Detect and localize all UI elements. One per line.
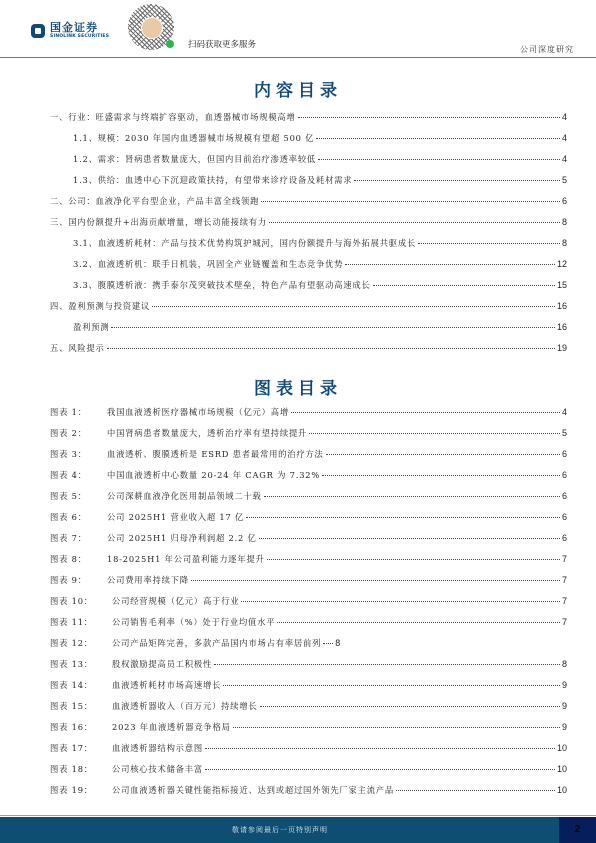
toc-entry-page: 15: [557, 280, 567, 290]
figure-entry-label: 血液透析、腹膜透析是 ESRD 患者最常用的治疗方法: [107, 448, 324, 460]
figure-entry[interactable]: 图表 9：公司费用率持续下降7: [50, 574, 567, 595]
figure-entry-label: 公司 2025H1 归母净利润超 2.2 亿: [107, 532, 257, 544]
dot-leader: [233, 727, 560, 728]
contents-list: 一、行业：旺盛需求与终端扩容驱动，血透器械市场规模高增41.1、规模：2030 …: [50, 111, 567, 363]
dot-leader: [318, 159, 560, 160]
toc-entry-label: 1.2、需求：肾病患者数量庞大，但国内目前治疗渗透率较低: [73, 153, 316, 165]
logo-english-name: SINOLINK SECURITIES: [50, 35, 109, 40]
figure-entry[interactable]: 图表 18：公司核心技术储备丰富10: [50, 763, 567, 784]
toc-entry-page: 16: [557, 322, 567, 332]
dot-leader: [269, 222, 560, 223]
toc-entry[interactable]: 三、国内份额提升+出海贡献增量，增长动能接续有力8: [50, 216, 567, 237]
toc-entry[interactable]: 3.3、腹膜透析液：携手泰尔茂突破技术壁垒，特色产品有望驱动高速成长15: [50, 279, 567, 300]
figure-entry[interactable]: 图表 11：公司销售毛利率（%）处于行业均值水平7: [50, 616, 567, 637]
figure-entry-label: 公司产品矩阵完善，多款产品国内市场占有率居前列: [112, 637, 321, 649]
company-logo: 国金证券 SINOLINK SECURITIES: [31, 22, 109, 40]
dot-leader: [111, 327, 555, 328]
toc-entry[interactable]: 二、公司：血液净化平台型企业，产品丰富全线领跑6: [50, 195, 567, 216]
dot-leader: [261, 201, 560, 202]
figure-entry-page: 7: [562, 554, 567, 564]
figure-entry-label: 公司 2025H1 营业收入超 17 亿: [107, 511, 244, 523]
toc-entry[interactable]: 五、风险提示19: [50, 342, 567, 363]
toc-entry-label: 五、风险提示: [50, 342, 105, 354]
figures-title: 图表目录: [0, 374, 596, 399]
qr-caption: 扫码获取更多服务: [188, 38, 256, 50]
header-divider: [0, 57, 596, 58]
figure-entry-label: 中国肾病患者数量庞大，透析治疗率有望持续提升: [107, 427, 307, 439]
dot-leader: [323, 643, 333, 644]
dot-leader: [345, 264, 555, 265]
toc-entry-page: 19: [557, 343, 567, 353]
toc-entry-label: 3.3、腹膜透析液：携手泰尔茂突破技术壁垒，特色产品有望驱动高速成长: [73, 279, 371, 291]
figure-entry[interactable]: 图表 4：中国血液透析中心数量 20-24 年 CAGR 为 7.32%6: [50, 469, 567, 490]
qr-center-logo-icon: [141, 17, 163, 39]
figure-entry-page: 10: [557, 743, 567, 753]
figure-entry-label: 公司经营规模（亿元）高于行业: [112, 595, 239, 607]
dot-leader: [205, 769, 555, 770]
toc-entry-label: 1.3、供给：血透中心下沉迎政策扶持，有望带来诊疗设备及耗材需求: [73, 174, 352, 186]
dot-leader: [298, 117, 560, 118]
figure-entry-page: 6: [562, 533, 567, 543]
figure-entry[interactable]: 图表 12：公司产品矩阵完善，多款产品国内市场占有率居前列8: [50, 637, 567, 658]
toc-entry-page: 4: [562, 133, 567, 143]
figure-entry[interactable]: 图表 16：2023 年血液透析器竞争格局9: [50, 721, 567, 742]
figure-entry[interactable]: 图表 19：公司血液透析器关键性能指标接近、达到或超过国外领先厂家主流产品10: [50, 784, 567, 805]
page-number: 2: [559, 817, 596, 843]
figure-number: 图表 16：: [50, 721, 112, 733]
toc-entry-label: 二、公司：血液净化平台型企业，产品丰富全线领跑: [50, 195, 259, 207]
figure-entry[interactable]: 图表 15：血液透析器收入（百万元）持续增长9: [50, 700, 567, 721]
dot-leader: [277, 622, 560, 623]
figure-entry[interactable]: 图表 2：中国肾病患者数量庞大，透析治疗率有望持续提升5: [50, 427, 567, 448]
dot-leader: [264, 496, 560, 497]
dot-leader: [396, 790, 555, 791]
figure-entry[interactable]: 图表 5：公司深耕血液净化医用制品领域二十载6: [50, 490, 567, 511]
figure-entry-label: 血液透析器结构示意图: [112, 742, 203, 754]
figure-number: 图表 15：: [50, 700, 112, 712]
wechat-badge-icon: [166, 40, 174, 48]
toc-entry-label: 盈利预测: [73, 321, 109, 333]
dot-leader: [260, 706, 560, 707]
toc-entry-page: 4: [562, 154, 567, 164]
logo-mark-icon: [31, 24, 45, 38]
dot-leader: [107, 348, 555, 349]
dot-leader: [309, 433, 560, 434]
toc-entry[interactable]: 盈利预测16: [50, 321, 567, 342]
dot-leader: [191, 580, 560, 581]
toc-entry[interactable]: 1.1、规模：2030 年国内血透器械市场规模有望超 500 亿4: [50, 132, 567, 153]
toc-entry-label: 3.2、血液透析机：联手日机装，巩固全产业链覆盖和生态竞争优势: [73, 258, 343, 270]
figure-number: 图表 12：: [50, 637, 112, 649]
toc-entry-label: 四、盈利预测与投资建议: [50, 300, 150, 312]
figure-entry[interactable]: 图表 6：公司 2025H1 营业收入超 17 亿6: [50, 511, 567, 532]
dot-leader: [246, 517, 560, 518]
figure-entry-page: 7: [562, 617, 567, 627]
contents-title: 内容目录: [0, 76, 596, 101]
figure-number: 图表 14：: [50, 679, 112, 691]
dot-leader: [316, 138, 560, 139]
figure-entry-label: 公司核心技术储备丰富: [112, 763, 203, 775]
dot-leader: [223, 685, 560, 686]
toc-entry-page: 4: [562, 112, 567, 122]
figure-entry-page: 8: [562, 659, 567, 669]
figure-entry-page: 6: [562, 491, 567, 501]
toc-entry-page: 8: [562, 217, 567, 227]
figure-number: 图表 5：: [50, 490, 107, 502]
figure-number: 图表 19：: [50, 784, 112, 796]
figure-entry-label: 公司血液透析器关键性能指标接近、达到或超过国外领先厂家主流产品: [112, 784, 394, 796]
figure-entry-page: 10: [557, 764, 567, 774]
toc-entry[interactable]: 一、行业：旺盛需求与终端扩容驱动，血透器械市场规模高增4: [50, 111, 567, 132]
figure-entry-label: 血液透析器收入（百万元）持续增长: [112, 700, 258, 712]
toc-entry[interactable]: 1.3、供给：血透中心下沉迎政策扶持，有望带来诊疗设备及耗材需求5: [50, 174, 567, 195]
figure-number: 图表 10：: [50, 595, 112, 607]
dot-leader: [326, 454, 560, 455]
figure-number: 图表 4：: [50, 469, 107, 481]
figure-entry-label: 2023 年血液透析器竞争格局: [112, 721, 231, 733]
figure-number: 图表 1：: [50, 406, 107, 418]
figure-entry-label: 18-2025H1 年公司盈利能力逐年提升: [107, 553, 265, 565]
figure-number: 图表 3：: [50, 448, 107, 460]
dot-leader: [205, 748, 555, 749]
toc-entry-label: 三、国内份额提升+出海贡献增量，增长动能接续有力: [50, 216, 267, 228]
dot-leader: [152, 306, 555, 307]
figure-entry-label: 公司深耕血液净化医用制品领域二十载: [107, 490, 262, 502]
figure-number: 图表 8：: [50, 553, 107, 565]
dot-leader: [291, 412, 560, 413]
figure-entry-page: 9: [562, 680, 567, 690]
dot-leader: [418, 243, 560, 244]
report-type-label: 公司深度研究: [520, 44, 574, 55]
figure-entry-label: 公司费用率持续下降: [107, 574, 189, 586]
figure-number: 图表 9：: [50, 574, 107, 586]
figure-entry[interactable]: 图表 10：公司经营规模（亿元）高于行业7: [50, 595, 567, 616]
toc-entry-label: 1.1、规模：2030 年国内血透器械市场规模有望超 500 亿: [73, 132, 314, 144]
figure-entry-page: 6: [562, 470, 567, 480]
figure-entry-page: 8: [335, 638, 340, 648]
logo-chinese-name: 国金证券: [50, 22, 109, 33]
dot-leader: [267, 559, 560, 560]
figure-entry-label: 血液透析耗材市场高速增长: [112, 679, 221, 691]
figure-entry-page: 5: [562, 428, 567, 438]
dot-leader: [354, 180, 560, 181]
page-header: 国金证券 SINOLINK SECURITIES 扫码获取更多服务 公司深度研究: [0, 0, 596, 64]
toc-entry-label: 一、行业：旺盛需求与终端扩容驱动，血透器械市场规模高增: [50, 111, 296, 123]
toc-entry[interactable]: 1.2、需求：肾病患者数量庞大，但国内目前治疗渗透率较低4: [50, 153, 567, 174]
toc-entry[interactable]: 四、盈利预测与投资建议16: [50, 300, 567, 321]
figure-entry[interactable]: 图表 13：股权激励提高员工积极性8: [50, 658, 567, 679]
figure-entry-page: 4: [562, 407, 567, 417]
figure-entry-label: 公司销售毛利率（%）处于行业均值水平: [112, 616, 275, 628]
figure-number: 图表 18：: [50, 763, 112, 775]
footer-divider: [0, 815, 596, 816]
figure-entry-page: 7: [562, 575, 567, 585]
figure-entry-label: 我国血液透析医疗器械市场规模（亿元）高增: [107, 406, 289, 418]
toc-entry[interactable]: 3.1、血液透析耗材：产品与技术优势构筑护城河，国内份额提升与海外拓展共驱成长8: [50, 237, 567, 258]
figure-entry-label: 中国血液透析中心数量 20-24 年 CAGR 为 7.32%: [107, 469, 320, 481]
figure-number: 图表 2：: [50, 427, 107, 439]
toc-entry-page: 16: [557, 301, 567, 311]
footer-disclaimer: 敬请参阅最后一页特别声明: [0, 825, 560, 835]
figure-number: 图表 6：: [50, 511, 107, 523]
figure-entry[interactable]: 图表 7：公司 2025H1 归母净利润超 2.2 亿6: [50, 532, 567, 553]
figure-entry-page: 7: [562, 596, 567, 606]
figure-entry[interactable]: 图表 1：我国血液透析医疗器械市场规模（亿元）高增4: [50, 406, 567, 427]
dot-leader: [373, 285, 555, 286]
figure-entry-page: 6: [562, 449, 567, 459]
dot-leader: [241, 601, 560, 602]
figure-entry-page: 6: [562, 512, 567, 522]
figure-number: 图表 17：: [50, 742, 112, 754]
figure-entry-page: 9: [562, 701, 567, 711]
figure-entry-page: 9: [562, 722, 567, 732]
figure-number: 图表 13：: [50, 658, 112, 670]
dot-leader: [259, 538, 560, 539]
figure-number: 图表 7：: [50, 532, 107, 544]
figure-entry[interactable]: 图表 14：血液透析耗材市场高速增长9: [50, 679, 567, 700]
dot-leader: [322, 475, 560, 476]
toc-entry-page: 5: [562, 175, 567, 185]
figure-entry[interactable]: 图表 17：血液透析器结构示意图10: [50, 742, 567, 763]
figure-number: 图表 11：: [50, 616, 112, 628]
figure-entry[interactable]: 图表 3：血液透析、腹膜透析是 ESRD 患者最常用的治疗方法6: [50, 448, 567, 469]
dot-leader: [214, 664, 560, 665]
figure-entry[interactable]: 图表 8：18-2025H1 年公司盈利能力逐年提升7: [50, 553, 567, 574]
figure-entry-label: 股权激励提高员工积极性: [112, 658, 212, 670]
toc-entry-label: 3.1、血液透析耗材：产品与技术优势构筑护城河，国内份额提升与海外拓展共驱成长: [73, 237, 416, 249]
toc-entry-page: 6: [562, 196, 567, 206]
toc-entry[interactable]: 3.2、血液透析机：联手日机装，巩固全产业链覆盖和生态竞争优势12: [50, 258, 567, 279]
figure-entry-page: 10: [557, 785, 567, 795]
page-footer: 敬请参阅最后一页特别声明 2: [0, 817, 596, 843]
toc-entry-page: 8: [562, 238, 567, 248]
figures-list: 图表 1：我国血液透析医疗器械市场规模（亿元）高增4图表 2：中国肾病患者数量庞…: [50, 406, 567, 805]
toc-entry-page: 12: [557, 259, 567, 269]
